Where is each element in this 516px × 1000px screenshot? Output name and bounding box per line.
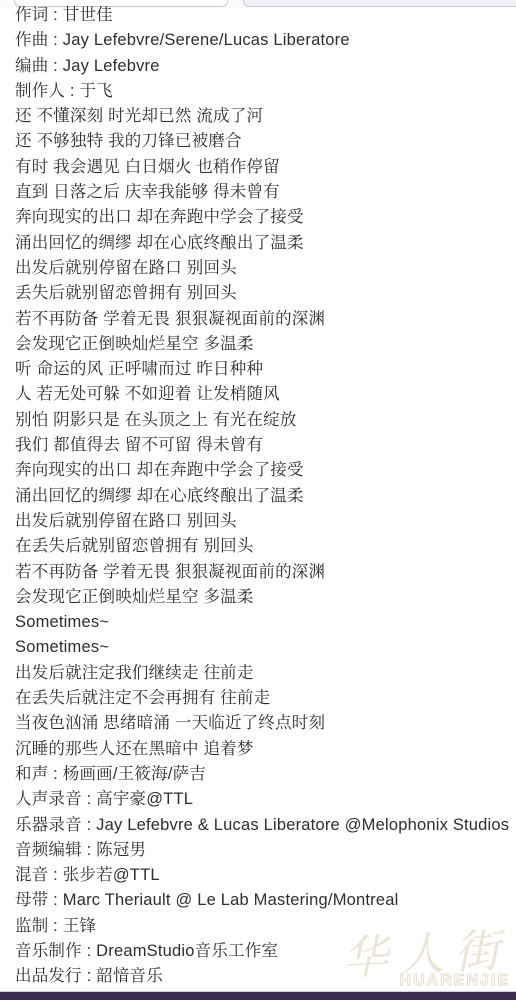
- lyric-line: 我们 都值得去 留不可留 得未曾有: [15, 433, 516, 458]
- lyric-line: 还 不够独特 我的刀锋已被磨合: [15, 129, 516, 154]
- credit-line: 音频编辑 : 陈冠男: [15, 838, 516, 863]
- lyric-line: 若不再防备 学着无畏 狠狠凝视面前的深渊: [15, 560, 516, 585]
- credit-line: 作词 : 甘世佳: [15, 3, 516, 28]
- credit-line: 制作人 : 于飞: [15, 79, 516, 104]
- credit-line: 人声录音 : 高宇豪@TTL: [15, 787, 516, 812]
- lyric-line: 出发后就别停留在路口 别回头: [15, 509, 516, 534]
- lyric-line: 会发现它正倒映灿烂星空 多温柔: [15, 332, 516, 357]
- lyric-line: 在丢失后就注定不会再拥有 往前走: [15, 686, 516, 711]
- lyric-line: 出发后就别停留在路口 别回头: [15, 256, 516, 281]
- lyric-line: 丢失后就别留恋曾拥有 别回头: [15, 281, 516, 306]
- lyric-line: 涌出回忆的绸缪 却在心底终酿出了温柔: [15, 231, 516, 256]
- lyric-line: 在丢失后就别留恋曾拥有 别回头: [15, 534, 516, 559]
- lyric-line: 人 若无处可躲 不如迎着 让发梢随风: [15, 382, 516, 407]
- credit-line: 作曲 : Jay Lefebvre/Serene/Lucas Liberator…: [15, 28, 516, 53]
- credit-line: 出品发行 : 韶愔音乐: [15, 964, 516, 989]
- lyric-line: 涌出回忆的绸缪 却在心底终酿出了温柔: [15, 484, 516, 509]
- lyric-line: 还 不懂深刻 时光却已然 流成了河: [15, 104, 516, 129]
- lyric-line: Sometimes~: [15, 610, 516, 635]
- credit-line: 音乐制作 : DreamStudio音乐工作室: [15, 939, 516, 964]
- credit-line: 混音 : 张步若@TTL: [15, 863, 516, 888]
- credit-line: 监制 : 王锋: [15, 914, 516, 939]
- credit-line: 编曲 : Jay Lefebvre: [15, 54, 516, 79]
- footer-bar: [0, 991, 516, 1000]
- lyric-line: 直到 日落之后 庆幸我能够 得未曾有: [15, 180, 516, 205]
- lyric-line: 有时 我会遇见 白日烟火 也稍作停留: [15, 155, 516, 180]
- lyric-line: 沉睡的那些人还在黑暗中 追着梦: [15, 737, 516, 762]
- lyric-line: 别怕 阴影只是 在头顶之上 有光在绽放: [15, 408, 516, 433]
- credit-line: 和声 : 杨画画/王筱海/萨吉: [15, 762, 516, 787]
- lyric-line: 听 命运的风 正呼啸而过 昨日种种: [15, 357, 516, 382]
- lyric-line: 奔向现实的出口 却在奔跑中学会了接受: [15, 205, 516, 230]
- lyric-line: 若不再防备 学着无畏 狠狠凝视面前的深渊: [15, 307, 516, 332]
- credit-line: 母带 : Marc Theriault @ Le Lab Mastering/M…: [15, 888, 516, 913]
- lyrics-list: 作词 : 甘世佳作曲 : Jay Lefebvre/Serene/Lucas L…: [15, 3, 516, 990]
- lyric-line: 出发后就注定我们继续走 往前走: [15, 661, 516, 686]
- lyric-line: 奔向现实的出口 却在奔跑中学会了接受: [15, 458, 516, 483]
- credit-line: 乐器录音 : Jay Lefebvre & Lucas Liberatore @…: [15, 813, 516, 838]
- lyric-line: Sometimes~: [15, 635, 516, 660]
- lyric-line: 当夜色汹涌 思绪暗涌 一天临近了终点时刻: [15, 711, 516, 736]
- lyric-line: 会发现它正倒映灿烂星空 多温柔: [15, 585, 516, 610]
